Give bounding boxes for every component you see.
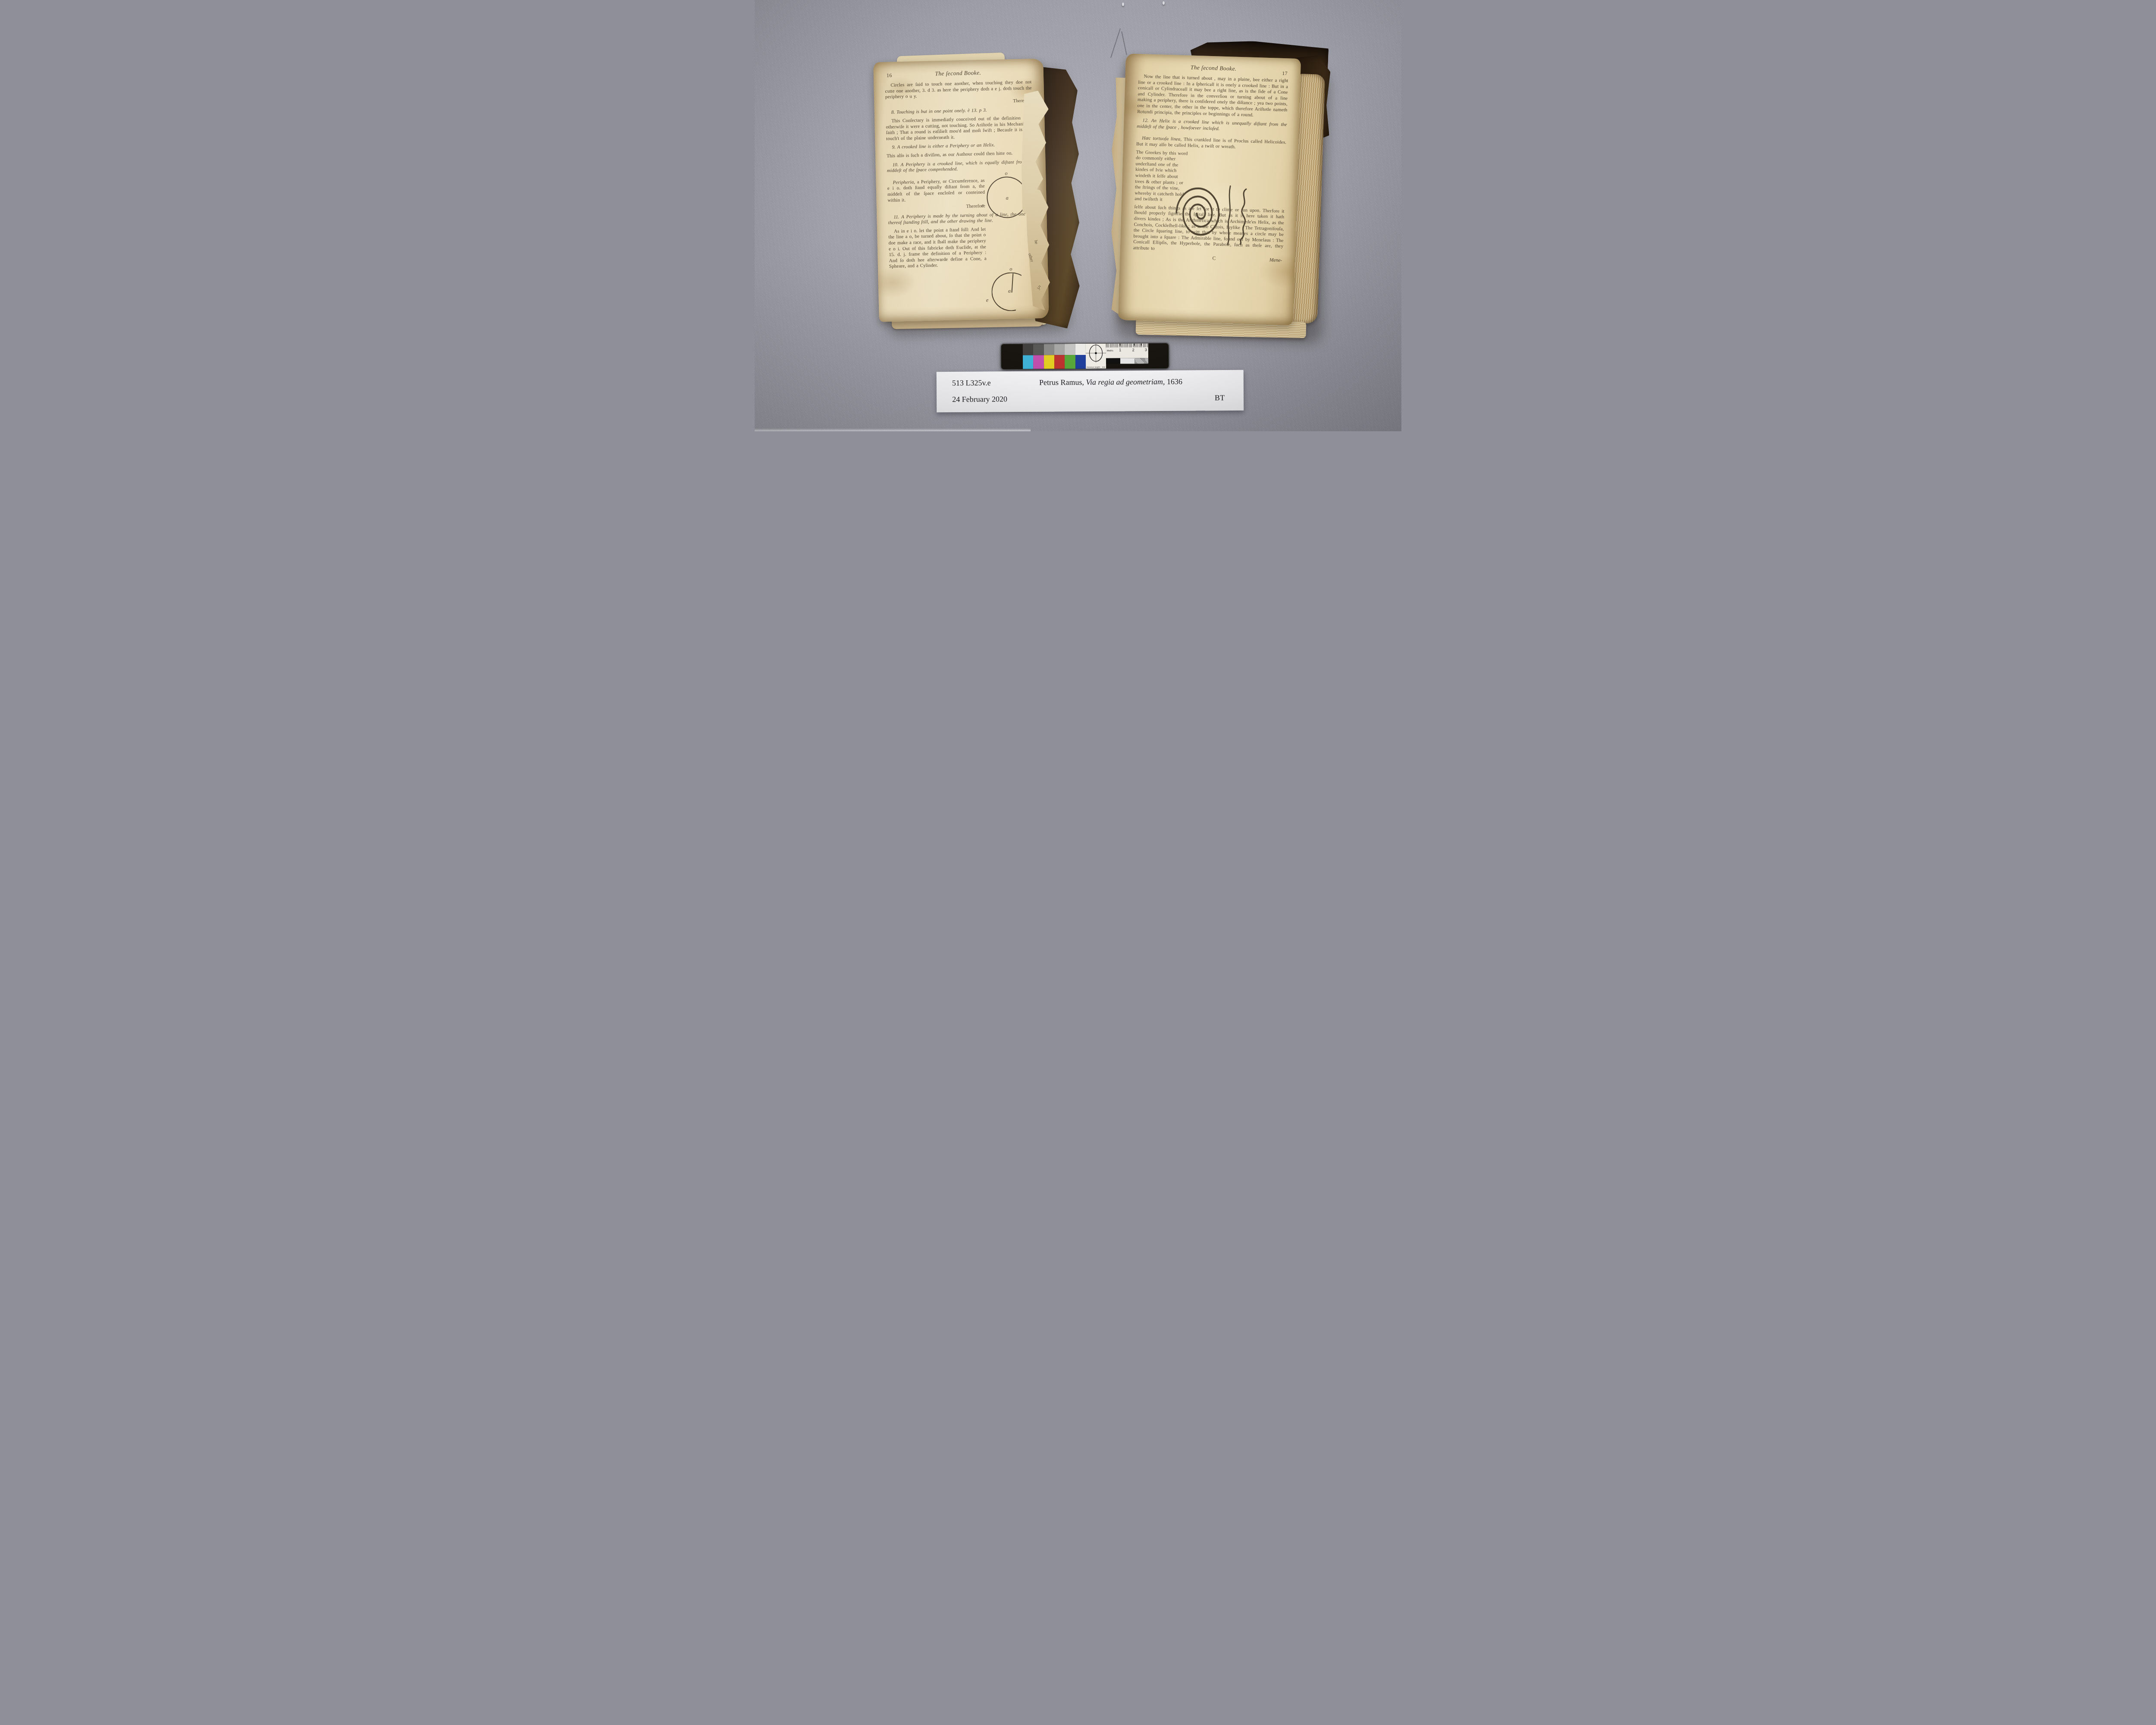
checker-dark (1106, 358, 1120, 364)
photograph-stage: 16 The ſecond Booke. Circles are ſaid to… (755, 0, 1401, 431)
binding-thread (1110, 28, 1121, 58)
ruler-number-3: 3 (1145, 348, 1147, 352)
catchword: Mene- (1269, 257, 1282, 263)
bibliographic-line: Petrus Ramus, Via regia ad geometriam, 1… (1039, 377, 1182, 387)
right-page: The ſecond Booke. 17 Now the line that i… (1118, 53, 1301, 325)
backdrop-pin (1122, 3, 1124, 6)
gathering-signature: C (1213, 256, 1216, 261)
checker-light (1120, 358, 1134, 364)
paragraph-fabricke: As in e i o. let the point a ſtand ſtill… (888, 227, 987, 270)
therefore-line-2: Therefore (888, 204, 985, 212)
definition-10: 10. A Periphery is a crooked line, which… (887, 159, 1034, 174)
author: Petrus Ramus, (1039, 378, 1086, 387)
photo-date: 24 February 2020 (952, 395, 1007, 404)
green-patch (1065, 355, 1075, 369)
definition-8: 8. Touching is but in one point onely. è… (886, 107, 1032, 116)
patch-column (1075, 344, 1086, 369)
paragraph-peripheria: Peripheria, a Periphery, or Circumferenc… (887, 178, 985, 203)
backdrop-bottom-edge (755, 428, 1031, 431)
cyan-patch (1023, 355, 1033, 369)
haec-lead: Hæc tortuoſa linea, (1142, 136, 1181, 142)
metric-label: Metric (1107, 350, 1113, 352)
diagram1-label-o: o (1005, 170, 1007, 177)
right-running-title: The ſecond Booke. (1191, 64, 1237, 72)
ruler-number-2: 2 (1132, 348, 1134, 352)
magenta-patch (1033, 355, 1044, 369)
diagram1-label-e: e (981, 202, 984, 208)
left-page-number: 16 (887, 72, 892, 79)
diagram2-label-a: a (1008, 288, 1011, 294)
left-running-title: The ſecond Booke. (935, 69, 981, 77)
paragraph-now-the-line: Now the line that is turned about , may … (1137, 74, 1288, 119)
ruler-checker-row (1106, 358, 1148, 364)
diagram2-label-o: o (1009, 266, 1012, 272)
ruler-numbers: Metric 1 2 3 (1106, 348, 1148, 354)
gray-patch (1065, 344, 1075, 355)
gnomon-caption: Gnomon height mm (1086, 366, 1106, 368)
patch-column (1033, 344, 1044, 369)
circle-diagram-1: o e i a (986, 176, 1028, 219)
right-running-head: The ſecond Booke. 17 (1138, 63, 1288, 74)
peripheria-lead: Peripheria, (893, 179, 915, 185)
circle-diagram-2: o a e (991, 272, 1031, 311)
fabricke-column: As in e i o. let the point a ſtand ſtill… (888, 227, 987, 270)
gnomon-label: Gnomon height (1087, 366, 1100, 368)
bar-black-cap-right (1148, 343, 1169, 368)
metric-ruler: Metric 1 2 3 (1106, 343, 1148, 369)
gray-patch (1044, 344, 1054, 355)
ruler-cm-ticks (1106, 343, 1148, 346)
gray-patch (1023, 344, 1033, 355)
mm-label: mm (1102, 366, 1106, 368)
ruler-card: Metric 1 2 3 (1106, 343, 1148, 358)
label-card: 513 L325v.e 24 February 2020 Petrus Ramu… (937, 370, 1244, 412)
color-calibration-bar: Gnomon height mm Metric 1 2 3 (1001, 343, 1169, 369)
paragraph-consectary: This Conſectary is immediatly conceived … (886, 115, 1033, 142)
crankled-line-drawing (1234, 188, 1250, 245)
yellow-patch (1044, 355, 1054, 369)
patch-column (1054, 344, 1065, 369)
focus-target: Gnomon height mm (1086, 344, 1106, 369)
ruler-number-1: 1 (1119, 348, 1121, 352)
paragraph-haec-tortuosa: Hæc tortuoſa linea, This crankled line i… (1136, 135, 1287, 151)
signature-row: C Mene- (1133, 253, 1283, 264)
blue-patch (1075, 355, 1086, 369)
spiral-drawing (1171, 182, 1224, 244)
left-running-head: 16 The ſecond Booke. (885, 68, 1031, 78)
patch-column (1023, 344, 1034, 369)
patch-column (1065, 344, 1075, 369)
left-page-text-block: 16 The ſecond Booke. Circles are ſaid to… (885, 68, 1036, 272)
shelfmark: 513 L325v.e (952, 378, 991, 388)
white-patch (1075, 344, 1085, 355)
gray-patch (1033, 344, 1044, 355)
definition-12: 12. An Helix is a crooked line which is … (1137, 118, 1287, 134)
book-title: Via regia ad geometriam (1086, 377, 1163, 386)
red-patch (1054, 355, 1065, 369)
paragraph-division: This alſo is ſuch a diviſion, as our Aut… (887, 150, 1033, 159)
color-patches (1023, 344, 1086, 369)
crosshair-target-icon (1086, 344, 1106, 363)
binding-thread (1121, 31, 1127, 55)
peripheria-column: Peripheria, a Periphery, or Circumferenc… (887, 178, 985, 211)
photographer-initials: BT (1215, 393, 1225, 402)
spiral-helix-figure (1171, 182, 1224, 244)
patch-column (1044, 344, 1055, 369)
bar-black-cap-left (1001, 344, 1023, 369)
crankled-line-figure (1234, 188, 1250, 245)
diagram2-label-e: e (986, 297, 989, 303)
year: , 1636 (1163, 377, 1182, 386)
checker-fine (1134, 358, 1148, 364)
right-page-number: 17 (1282, 70, 1288, 77)
gray-patch (1054, 344, 1065, 355)
definition-9: 9. A crooked line is either a Periphery … (887, 142, 1033, 151)
paragraph-circles-touch: Circles are ſaid to touch one another, w… (885, 79, 1032, 100)
diagram1-label-a: a (1006, 195, 1008, 201)
backdrop-pin (1163, 1, 1165, 5)
